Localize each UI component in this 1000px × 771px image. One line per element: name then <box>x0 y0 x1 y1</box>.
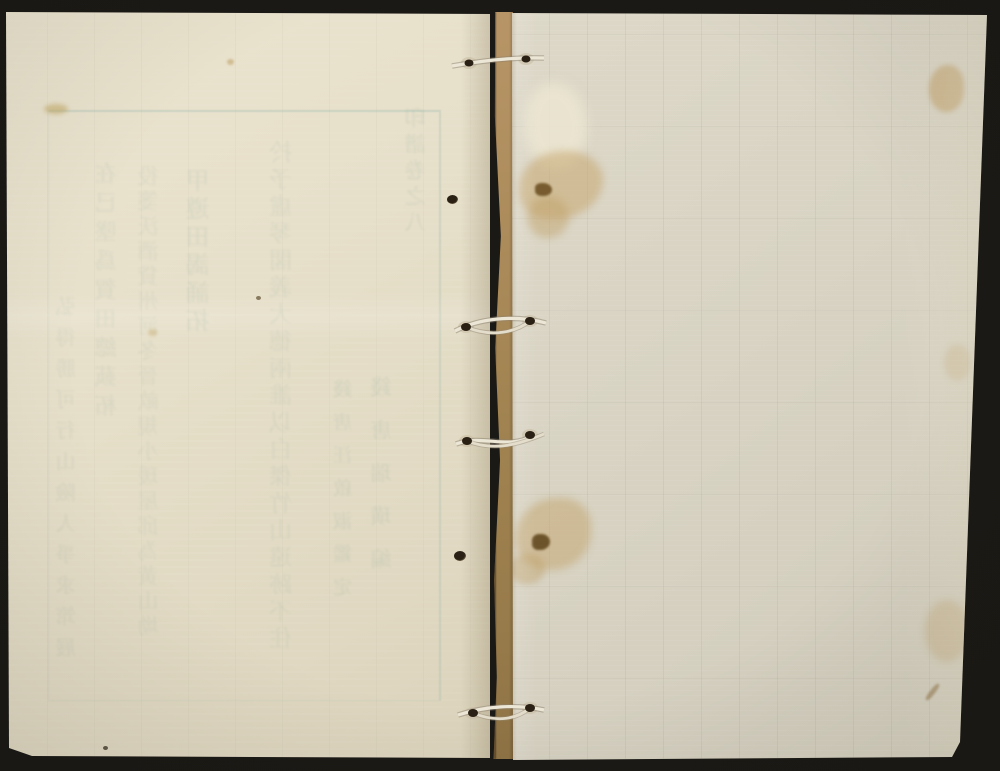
tan-stain <box>509 554 545 584</box>
right-page <box>511 0 989 771</box>
bleedthrough-text-column: 錢唐瑞璜編 <box>367 376 397 591</box>
tan-stain <box>519 151 603 219</box>
bleedthrough-text-column: 印譜卷之八 <box>401 107 431 237</box>
paper-repair-patch <box>525 83 587 167</box>
tan-stain <box>515 498 591 570</box>
bleedthrough-text-column: 在已墜爲賀田總蓺柘 <box>92 162 123 423</box>
tan-stain <box>527 196 569 238</box>
dark-speck <box>256 296 261 300</box>
stain-streak <box>924 683 940 702</box>
wormhole <box>454 551 466 561</box>
bleedthrough-text-column: 甲遵田謁誦拓 <box>182 168 217 336</box>
wormhole <box>447 195 458 204</box>
bleedthrough-text-column: 役箋沃酒貸州河冬晉畝規小瑗屋邱為黃山坳 <box>134 165 164 640</box>
paper-smudge <box>44 104 68 114</box>
paper-freckle <box>148 329 157 336</box>
tan-stain <box>944 344 971 381</box>
tan-stain <box>929 65 964 112</box>
bleedthrough-text-column: 弘得勝可行山險人爭求筇屐 <box>52 296 81 668</box>
tan-stain <box>925 600 969 662</box>
dark-speck <box>103 746 108 750</box>
stain-dark-core <box>532 534 550 550</box>
spine-strip <box>486 12 513 759</box>
paper-freckle <box>227 59 234 65</box>
photograph-background: 印譜卷之八 錢唐瑞璜編 錢唐汪啟淑鑑定 扵予虛琴閣義大德兩誰以白傑竹山遠跡不住 … <box>0 0 1000 771</box>
bleedthrough-ruled-frame <box>48 110 441 701</box>
left-page: 印譜卷之八 錢唐瑞璜編 錢唐汪啟淑鑑定 扵予虛琴閣義大德兩誰以白傑竹山遠跡不住 … <box>0 0 490 771</box>
bleedthrough-text-column: 錢唐汪啟淑鑑定 <box>330 379 357 610</box>
bleedthrough-text-column: 扵予虛琴閣義大德兩誰以白傑竹山遠跡不住 <box>266 140 299 653</box>
stain-dark-core <box>535 183 552 196</box>
